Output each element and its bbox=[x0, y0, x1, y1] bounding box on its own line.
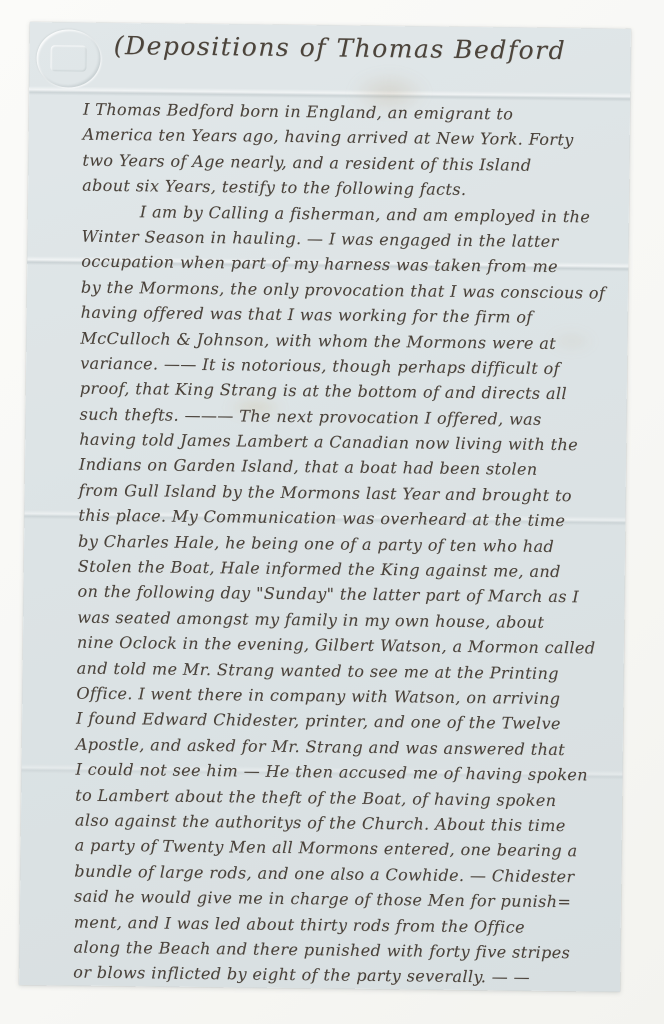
document-title: (Depositions of Thomas Bedford bbox=[114, 31, 567, 65]
manuscript-line: or blows inflicted by eight of the party… bbox=[73, 960, 603, 991]
manuscript-text-block: I Thomas Bedford born in England, an emi… bbox=[73, 97, 613, 992]
manuscript-page: (Depositions of Thomas Bedford I Thomas … bbox=[19, 22, 631, 992]
embossed-seal-inner-icon bbox=[50, 45, 86, 71]
scan-background: (Depositions of Thomas Bedford I Thomas … bbox=[0, 0, 664, 1024]
embossed-seal-icon bbox=[36, 29, 101, 88]
